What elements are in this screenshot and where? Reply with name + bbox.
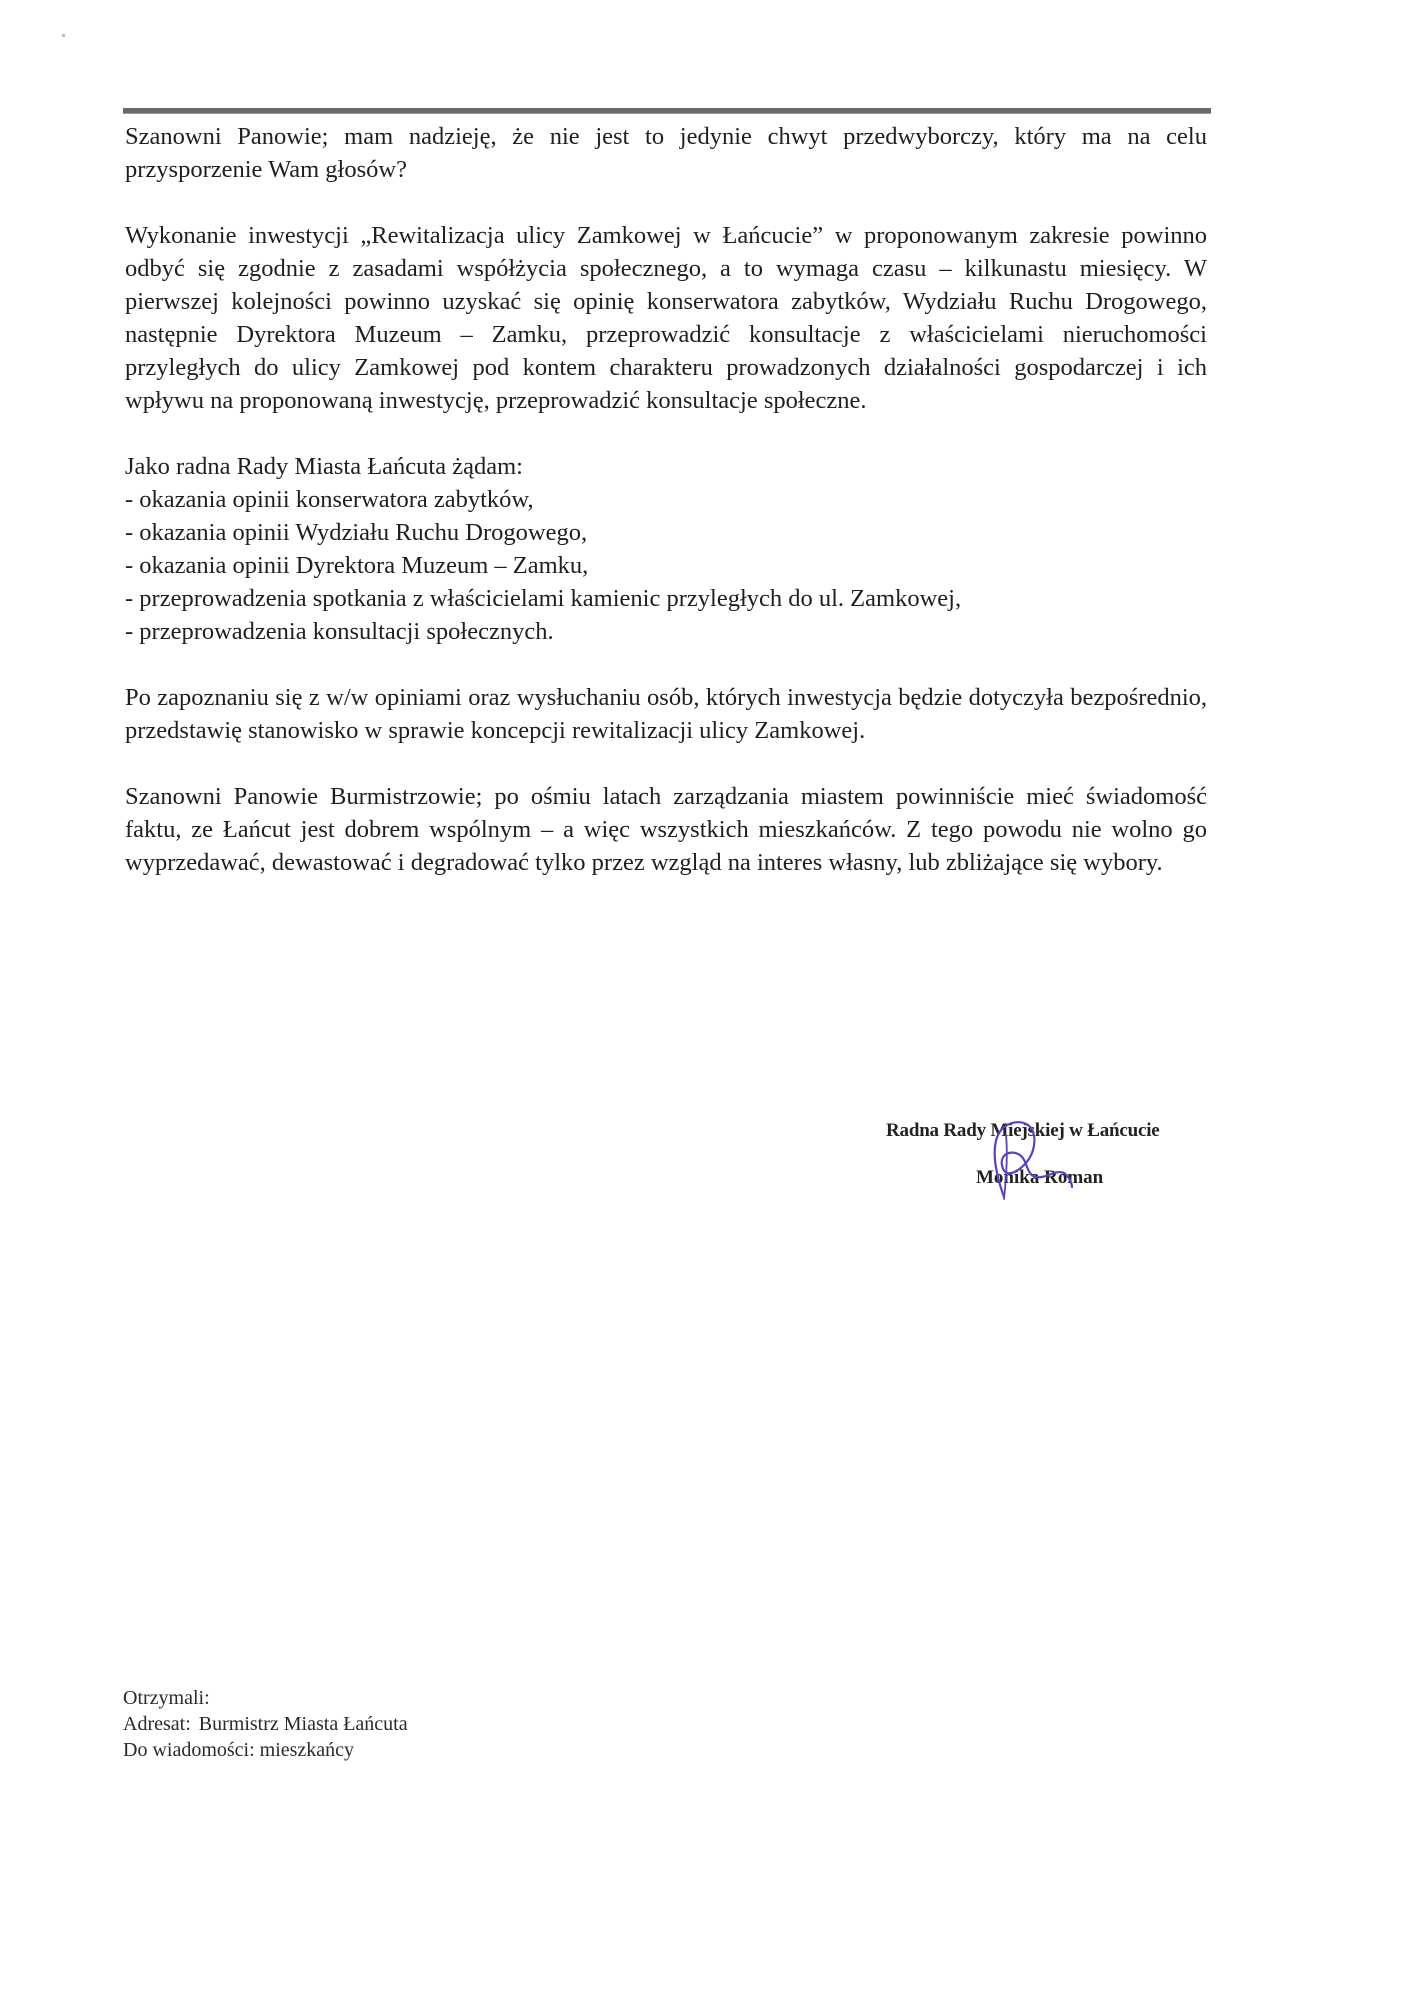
signature-title: Radna Rady Miejskiej w Łańcucie: [886, 1120, 1160, 1142]
paragraph-opening-question: Szanowni Panowie; mam nadzieję, że nie j…: [125, 120, 1207, 186]
demand-item: - przeprowadzenia konsultacji społecznyc…: [125, 615, 1207, 648]
demand-item: - okazania opinii konserwatora zabytków,: [125, 483, 1207, 516]
paragraph-investment-procedure: Wykonanie inwestycji „Rewitalizacja ulic…: [125, 219, 1207, 417]
addressee-label: Adresat:: [123, 1713, 191, 1735]
scan-artifact: [62, 34, 65, 37]
cc-value: mieszkańcy: [260, 1739, 354, 1761]
recipients-heading: Otrzymali:: [123, 1685, 408, 1711]
signature-name: Monika Roman: [976, 1167, 1103, 1189]
recipient-cc: Do wiadomości: mieszkańcy: [123, 1737, 408, 1763]
header-rule: [123, 108, 1211, 114]
handwritten-signature-icon: [886, 1095, 1216, 1215]
demand-item: - okazania opinii Dyrektora Muzeum – Zam…: [125, 549, 1207, 582]
demand-item: - okazania opinii Wydziału Ruchu Drogowe…: [125, 516, 1207, 549]
paragraph-closing-appeal: Szanowni Panowie Burmistrzowie; po ośmiu…: [125, 780, 1207, 879]
cc-label: Do wiadomości:: [123, 1739, 255, 1761]
addressee-value: Burmistrz Miasta Łańcuta: [199, 1713, 408, 1735]
signature-block: Radna Rady Miejskiej w Łańcucie Monika R…: [886, 1110, 1216, 1210]
demands-intro: Jako radna Rady Miasta Łańcuta żądam:: [125, 450, 1207, 483]
demand-item: - przeprowadzenia spotkania z właściciel…: [125, 582, 1207, 615]
demands-list: Jako radna Rady Miasta Łańcuta żądam: - …: [125, 450, 1207, 648]
letter-body: Szanowni Panowie; mam nadzieję, że nie j…: [125, 120, 1207, 912]
recipients-block: Otrzymali: Adresat:Burmistrz Miasta Łańc…: [123, 1685, 408, 1763]
recipient-addressee: Adresat:Burmistrz Miasta Łańcuta: [123, 1711, 408, 1737]
paragraph-position-statement: Po zapoznaniu się z w/w opiniami oraz wy…: [125, 681, 1207, 747]
